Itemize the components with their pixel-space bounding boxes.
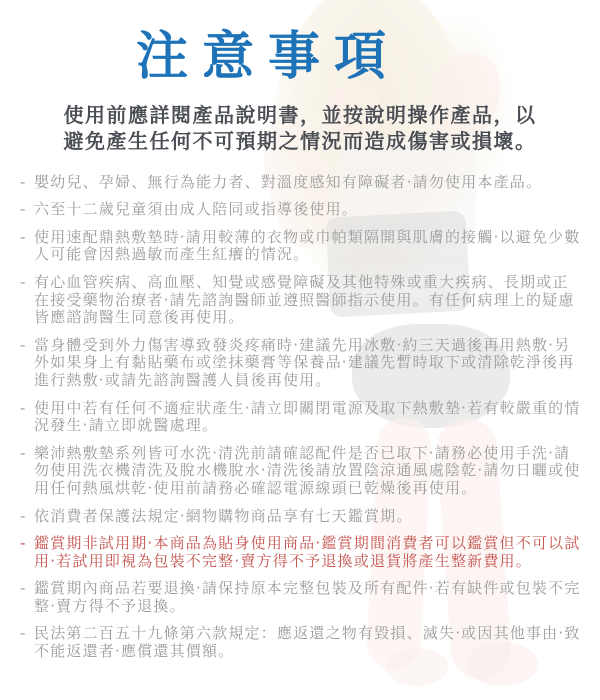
bullet-dash: - [20,535,34,570]
precaution-item: - 民法第二百五十九條第六款規定：應返還之物有毀損、滅失·或因其他事由·致不能返… [20,625,584,660]
precaution-text: 當身體受到外力傷害導致發炎疼痛時·建議先用冰敷·約三天過後再用熱敷·另外如果身上… [34,337,584,390]
precaution-item-warning: - 鑑賞期非試用期·本商品為貼身使用商品·鑑賞期間消費者可以鑑賞但不可以試用·若… [20,535,584,570]
precaution-text: 六至十二歲兒童須由成人陪同或指導後使用。 [34,201,584,219]
page-title: 注意事項 [0,24,568,92]
bullet-dash: - [20,625,34,660]
precaution-item: - 依消費者保護法規定·網物購物商品享有七天鑑賞期。 [20,508,584,526]
bullet-dash: - [20,337,34,390]
bullet-dash: - [20,580,34,615]
precaution-item: - 有心血管疾病、高血壓、知覺或感覺障礙及其他特殊或重大疾病、長期或正在接受藥物… [20,274,584,327]
bullet-dash: - [20,274,34,327]
precaution-item: - 六至十二歲兒童須由成人陪同或指導後使用。 [20,201,584,219]
precaution-item: - 嬰幼兒、孕婦、無行為能力者、對溫度感知有障礙者·請勿使用本產品。 [20,174,584,192]
intro-line: 使用前應詳閱產品說明書，並按說明操作產品，以 [0,102,600,128]
precaution-item: - 當身體受到外力傷害導致發炎疼痛時·建議先用冰敷·約三天過後再用熱敷·另外如果… [20,337,584,390]
precaution-text: 鑑賞期非試用期·本商品為貼身使用商品·鑑賞期間消費者可以鑑賞但不可以試用·若試用… [34,535,584,570]
precaution-item: - 使用速配鼎熱敷墊時·請用較薄的衣物或巾帕類隔開與肌膚的接觸·以避免少數人可能… [20,229,584,264]
bullet-dash: - [20,229,34,264]
precaution-item: - 使用中若有任何不適症狀產生·請立即關閉電源及取下熱敷墊·若有較嚴重的情況發生… [20,400,584,435]
bullet-dash: - [20,508,34,526]
precaution-text: 嬰幼兒、孕婦、無行為能力者、對溫度感知有障礙者·請勿使用本產品。 [34,174,584,192]
precaution-item: - 樂沛熱敷墊系列皆可水洗·清洗前請確認配件是否已取下·請務必使用手洗·請勿使用… [20,445,584,498]
bullet-dash: - [20,400,34,435]
precaution-text: 有心血管疾病、高血壓、知覺或感覺障礙及其他特殊或重大疾病、長期或正在接受藥物治療… [34,274,584,327]
notice-content: 注意事項 使用前應詳閱產品說明書，並按說明操作產品，以 避免產生任何不可預期之情… [0,24,600,661]
precaution-text: 依消費者保護法規定·網物購物商品享有七天鑑賞期。 [34,508,584,526]
precaution-text: 鑑賞期內商品若要退換·請保持原本完整包裝及所有配件·若有缺件或包裝不完整·賣方得… [34,580,584,615]
precaution-text: 使用中若有任何不適症狀產生·請立即關閉電源及取下熱敷墊·若有較嚴重的情況發生·請… [34,400,584,435]
precaution-item: - 鑑賞期內商品若要退換·請保持原本完整包裝及所有配件·若有缺件或包裝不完整·賣… [20,580,584,615]
bullet-dash: - [20,174,34,192]
precaution-text: 民法第二百五十九條第六款規定：應返還之物有毀損、滅失·或因其他事由·致不能返還者… [34,625,584,660]
bullet-dash: - [20,201,34,219]
precaution-list: - 嬰幼兒、孕婦、無行為能力者、對溫度感知有障礙者·請勿使用本產品。 - 六至十… [20,174,584,661]
bullet-dash: - [20,445,34,498]
precaution-text: 樂沛熱敷墊系列皆可水洗·清洗前請確認配件是否已取下·請務必使用手洗·請勿使用洗衣… [34,445,584,498]
notice-page: 注意事項 使用前應詳閱產品說明書，並按說明操作產品，以 避免產生任何不可預期之情… [0,0,600,700]
precaution-text: 使用速配鼎熱敷墊時·請用較薄的衣物或巾帕類隔開與肌膚的接觸·以避免少數人可能會因… [34,229,584,264]
intro-statement: 使用前應詳閱產品說明書，並按說明操作產品，以 避免產生任何不可預期之情況而造成傷… [0,102,600,154]
intro-line: 避免產生任何不可預期之情況而造成傷害或損壞。 [0,128,600,154]
